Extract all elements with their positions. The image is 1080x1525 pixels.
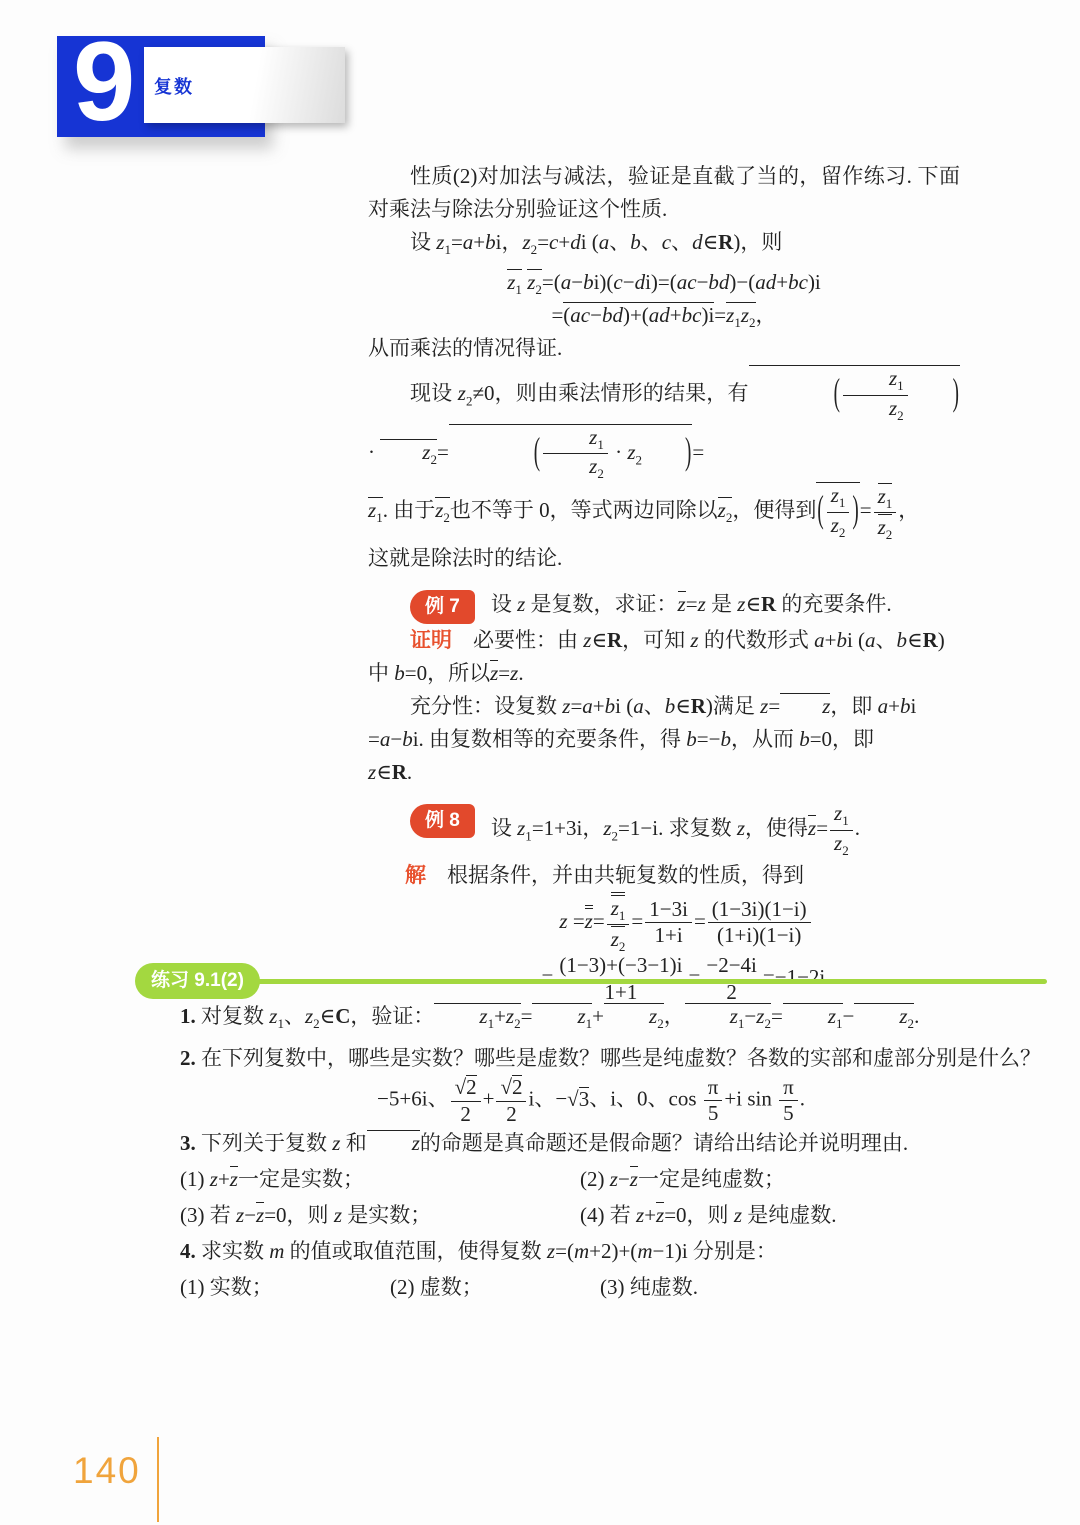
exercise-question-2-formula: −5+6i、√22+√22i、−√3、i、0、cos π5+i sin π5. (135, 1075, 1047, 1126)
example-7-row: 例 7 设 z 是复数，求证：z=z 是 z∈R 的充要条件. (368, 588, 960, 624)
exercise-question-3: 3. 下列关于复数 z 和z的命题是真命题还是假命题？请给出结论并说明理由. (135, 1126, 1047, 1160)
exercise-section: 练习 9.1(2) 1. 对复数 z1、z2∈C，验证：z1+z2=z1+z2，… (135, 963, 1047, 1306)
exercise-header: 练习 9.1(2) (135, 963, 1047, 999)
proof-label: 证明 (410, 628, 452, 652)
chapter-number: 9 (73, 26, 135, 138)
equation-conjugate-product-1: z1 z2=(a−bi)(c−di)=(ac−bd)−(ad+bc)i (368, 266, 960, 299)
solution-intro-text: 根据条件，并由共轭复数的性质，得到 (447, 863, 804, 887)
question-3-item-2: (2) z−z一定是纯虚数； (580, 1162, 1047, 1196)
exercise-title-pill: 练习 9.1(2) (135, 963, 260, 999)
question-4-items-row: (1) 实数； (2) 虚数； (3) 纯虚数. (135, 1270, 1047, 1304)
example-8-row: 例 8 设 z1=1+3i，z2=1−i. 求复数 z，使得z=z1z2. (368, 802, 960, 859)
question-3-items-row-2: (3) 若 z−z=0，则 z 是实数； (4) 若 z+z=0，则 z 是纯虚… (135, 1198, 1047, 1232)
page-number: 140 (73, 1450, 141, 1492)
proof-line-1-text: 必要性：由 z∈R，可知 z 的代数形式 a+bi (a、b∈R) (473, 628, 945, 652)
example-7-statement: 设 z 是复数，求证：z=z 是 z∈R 的充要条件. (491, 588, 892, 621)
example-7-badge: 例 7 (410, 590, 475, 624)
solution-line: 解 根据条件，并由共轭复数的性质，得到 (368, 859, 960, 892)
textbook-page: 9 复数 性质(2)对加法与减法，验证是直截了当的，留作练习. 下面对乘法与除法… (0, 0, 1080, 1525)
proof-line-1: 证明 必要性：由 z∈R，可知 z 的代数形式 a+bi (a、b∈R) (368, 624, 960, 657)
solution-label: 解 (405, 863, 426, 887)
proof-line-2: 中 b=0，所以z=z. (368, 657, 960, 690)
exercise-question-1: 1. 对复数 z1、z2∈C，验证：z1+z2=z1+z2，z1−z2=z1−z… (135, 999, 1047, 1041)
page-number-divider (157, 1437, 159, 1522)
paragraph-division-conclusion: 这就是除法时的结论. (368, 542, 960, 575)
example-8-badge: 例 8 (410, 804, 475, 838)
paragraph-setup: 设 z1=a+bi，z2=c+di (a、b、c、d∈R)，则 (368, 226, 960, 266)
exercise-question-2: 2. 在下列复数中，哪些是实数？哪些是虚数？哪些是纯虚数？各数的实部和虚部分别是… (135, 1041, 1047, 1075)
sufficiency-line-3: z∈R. (368, 756, 960, 789)
paragraph-division-line-1: 现设 z2≠0，则由乘法情形的结果，有(z1z2) · z2=(z1z2 · z… (368, 365, 960, 482)
question-4-item-2: (2) 虚数； (390, 1270, 600, 1304)
exercise-rule (254, 979, 1047, 984)
chapter-title: 复数 (154, 73, 194, 99)
paragraph-property-intro: 性质(2)对加法与减法，验证是直截了当的，留作练习. 下面对乘法与除法分别验证这… (368, 160, 960, 226)
chapter-title-card: 复数 (144, 47, 345, 123)
sufficiency-line-1: 充分性：设复数 z=a+bi (a、b∈R)满足 z=z，即 a+bi (368, 690, 960, 723)
question-4-item-1: (1) 实数； (180, 1270, 390, 1304)
equation-conjugate-product-2: =(ac−bd)+(ad+bc)i=z1z2， (368, 299, 960, 332)
exercise-question-4: 4. 求实数 m 的值或取值范围，使得复数 z=(m+2)+(m−1)i 分别是… (135, 1234, 1047, 1268)
solution-equation-1: z =z=z1z2=1−3i1+i=(1−3i)(1−i)(1+i)(1−i) (368, 892, 960, 954)
question-4-item-3: (3) 纯虚数. (600, 1270, 810, 1304)
question-3-item-3: (3) 若 z−z=0，则 z 是实数； (180, 1198, 580, 1232)
question-3-item-4: (4) 若 z+z=0，则 z 是纯虚数. (580, 1198, 1047, 1232)
sufficiency-line-2: =a−bi. 由复数相等的充要条件，得 b=−b，从而 b=0，即 (368, 723, 960, 756)
example-8-statement: 设 z1=1+3i，z2=1−i. 求复数 z，使得z=z1z2. (491, 802, 860, 859)
main-text-column: 性质(2)对加法与减法，验证是直截了当的，留作练习. 下面对乘法与除法分别验证这… (368, 160, 960, 1004)
question-3-item-1: (1) z+z一定是实数； (180, 1162, 580, 1196)
paragraph-multiplication-proved: 从而乘法的情况得证. (368, 332, 960, 365)
question-3-items-row-1: (1) z+z一定是实数； (2) z−z一定是纯虚数； (135, 1162, 1047, 1196)
paragraph-division-line-2: z1. 由于z2也不等于 0，等式两边同除以z2，便得到(z1z2)=z1z2， (368, 482, 960, 542)
